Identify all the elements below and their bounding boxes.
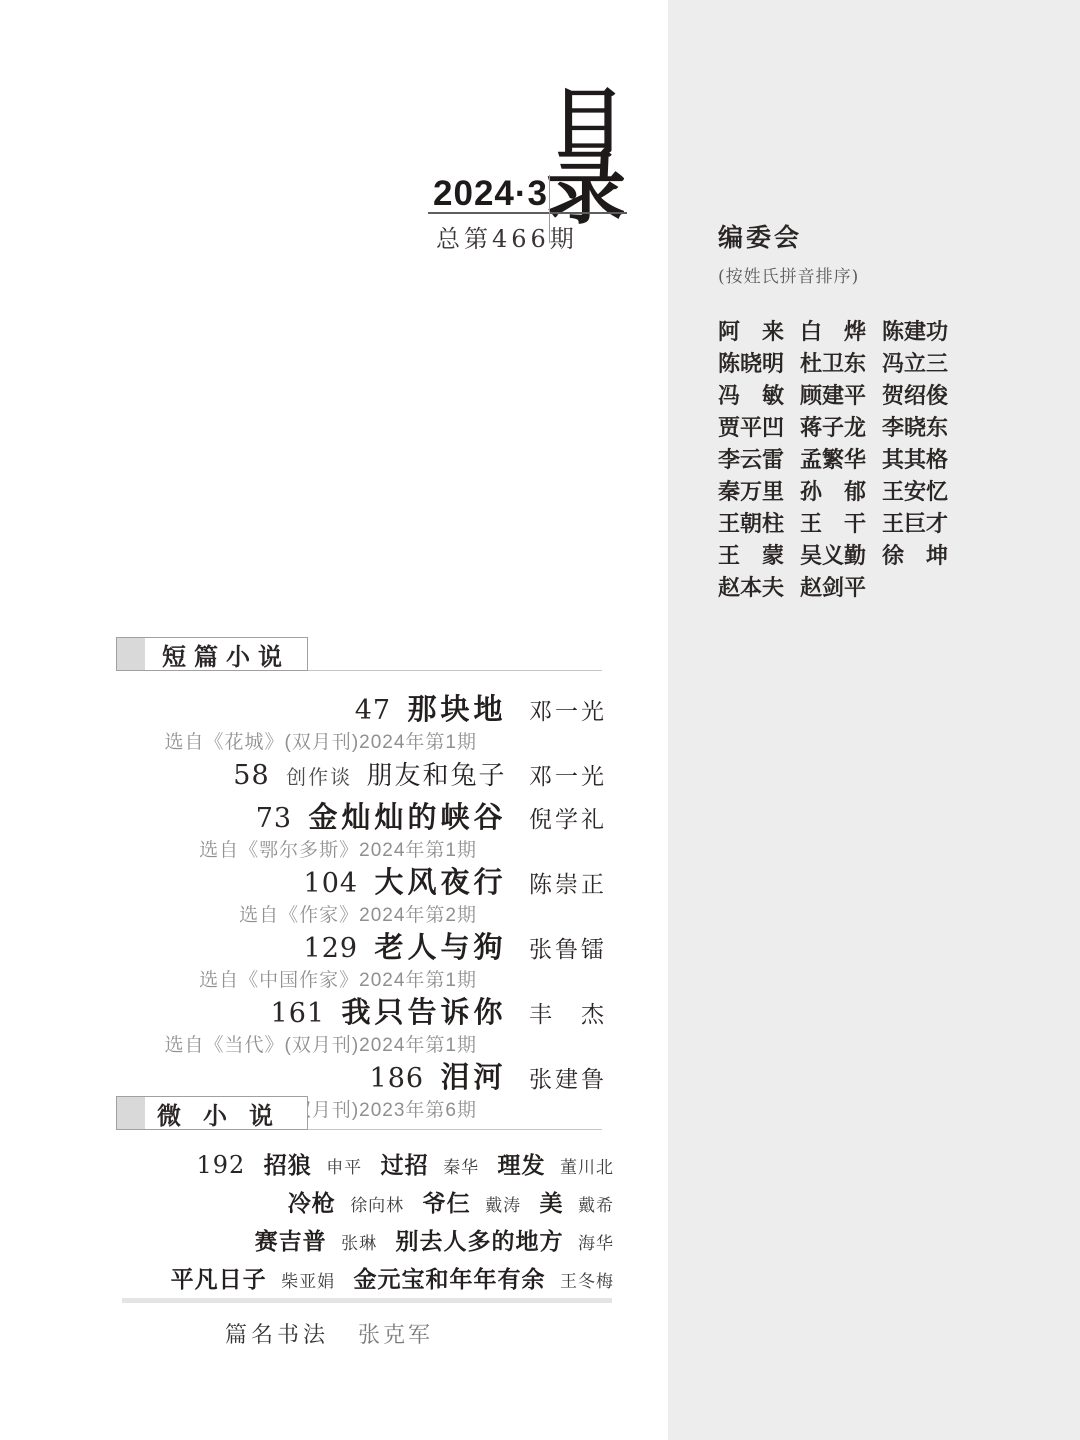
toc-entries: 47 那块地 邓一光 选自《花城》(双月刊)2024年第1期 58 创作谈 朋友… [116,693,607,1122]
entry-page-number: 186 [370,1063,425,1094]
entry-source: 选自《当代》(双月刊)2024年第1期 [116,1035,607,1057]
board-member: 贺绍俊 [882,385,964,407]
entry-author: 王冬梅 [560,1272,614,1292]
entry-author: 徐向林 [350,1196,404,1216]
board-member: 贾平凹 [718,417,800,439]
entry-author: 海华 [578,1234,614,1254]
entry-page-number: 129 [304,933,359,964]
entry-source: 选自《中国作家》2024年第1期 [116,970,607,992]
masthead-title-char-lu: 录 [546,148,626,228]
board-member: 冯 敏 [718,385,800,407]
entry-author: 柴亚娟 [281,1272,335,1292]
entry-title: 朋友和兔子 [367,760,507,790]
issue-total-number: 总第466期 [436,219,578,254]
board-member: 王朝柱 [718,513,800,535]
entry-title: 别去人多的地方 [396,1228,564,1254]
board-member: 阿 来 [718,321,800,343]
board-member: 秦万里 [718,481,800,503]
section-marker-square [117,1097,145,1129]
board-member: 冯立三 [882,353,964,375]
entry-author: 戴希 [578,1196,614,1216]
entry-source: 选自《鄂尔多斯》2024年第1期 [116,840,607,862]
board-member: 王安忆 [882,481,964,503]
calligraphy-credit-author: 张克军 [358,1323,433,1348]
editorial-board: 编委会 (按姓氏拼音排序) 阿 来 白 烨 陈建功 陈晓明 杜卫东 冯立三 冯 … [718,218,964,599]
micro-line: 冷枪 徐向林 爷仨 戴涛 美 戴希 [116,1186,614,1224]
entry-author: 张琳 [341,1234,377,1254]
board-member: 吴义勤 [800,545,882,567]
footer-divider [122,1298,612,1303]
entry-author: 张建鲁 [529,1067,607,1093]
entry-author: 丰 杰 [529,1002,607,1028]
board-member: 王巨才 [882,513,964,535]
entry-page-number: 192 [196,1151,245,1179]
board-member: 李晓东 [882,417,964,439]
entry-genre: 创作谈 [286,767,352,789]
entry-page-number: 47 [355,695,391,726]
board-member: 孙 郁 [800,481,882,503]
section-header: 微小说 [116,1096,308,1130]
entry-title: 大风夜行 [375,867,507,899]
board-member: 白 烨 [800,321,882,343]
entry-page-number: 73 [256,803,292,834]
section-micro-fiction: 微小说 192 招狼 申平 过招 秦华 理发 董川北 冷枪 徐向林 爷仨 戴涛 … [116,1096,614,1300]
section-label: 微小说 [145,1096,307,1131]
board-member: 陈晓明 [718,353,800,375]
footer-credit: 篇名书法 张克军 [225,1318,433,1349]
micro-line: 赛吉普 张琳 别去人多的地方 海华 [116,1224,614,1262]
board-member: 赵剑平 [800,577,882,599]
toc-entry: 58 创作谈 朋友和兔子 邓一光 [116,758,607,797]
entry-author: 邓一光 [529,764,607,790]
section-short-story: 短篇小说 47 那块地 邓一光 选自《花城》(双月刊)2024年第1期 58 创… [116,637,607,1126]
entry-title: 那块地 [408,694,507,726]
entry-title: 老人与狗 [375,932,507,964]
calligraphy-credit-label: 篇名书法 [225,1323,329,1348]
section-header: 短篇小说 [116,637,308,671]
entry-title: 泪河 [441,1062,507,1094]
entry-author: 秦华 [443,1158,479,1178]
entry-title: 爷仨 [423,1190,471,1216]
board-member: 蒋子龙 [800,417,882,439]
entry-title: 平凡日子 [171,1266,267,1292]
entry-title: 金灿灿的峡谷 [309,802,507,834]
board-member: 杜卫东 [800,353,882,375]
toc-entry: 104 大风夜行 陈崇正 选自《作家》2024年第2期 [116,866,607,927]
entry-source: 选自《花城》(双月刊)2024年第1期 [116,732,607,754]
board-member: 王 蒙 [718,545,800,567]
micro-line: 192 招狼 申平 过招 秦华 理发 董川北 [116,1148,614,1186]
entry-author: 陈崇正 [529,872,607,898]
entry-title: 招狼 [264,1152,312,1178]
entry-title: 我只告诉你 [342,997,507,1029]
toc-entry: 47 那块地 邓一光 选自《花城》(双月刊)2024年第1期 [116,693,607,754]
toc-entry: 73 金灿灿的峡谷 倪学礼 选自《鄂尔多斯》2024年第1期 [116,801,607,862]
micro-line: 平凡日子 柴亚娟 金元宝和年年有余 王冬梅 [116,1262,614,1300]
editorial-board-subtitle: (按姓氏拼音排序) [718,262,964,287]
board-member: 陈建功 [882,321,964,343]
toc-page: 编委会 (按姓氏拼音排序) 阿 来 白 烨 陈建功 陈晓明 杜卫东 冯立三 冯 … [0,0,1080,1440]
entry-author: 邓一光 [529,699,607,725]
entry-title: 理发 [498,1152,546,1178]
entry-title: 冷枪 [288,1190,336,1216]
board-member: 孟繁华 [800,449,882,471]
entry-author: 申平 [326,1158,362,1178]
entry-title: 赛吉普 [255,1228,327,1254]
board-member: 赵本夫 [718,577,800,599]
toc-entry: 161 我只告诉你 丰 杰 选自《当代》(双月刊)2024年第1期 [116,996,607,1057]
board-member: 李云雷 [718,449,800,471]
entry-author: 倪学礼 [529,807,607,833]
board-member: 顾建平 [800,385,882,407]
entry-source: 选自《作家》2024年第2期 [116,905,607,927]
entry-title: 美 [540,1190,564,1216]
entry-author: 董川北 [560,1158,614,1178]
entry-page-number: 104 [304,868,359,899]
board-member: 王 干 [800,513,882,535]
section-label: 短篇小说 [145,637,307,672]
issue-number: 2024·3 [408,174,548,214]
editorial-board-panel: 编委会 (按姓氏拼音排序) 阿 来 白 烨 陈建功 陈晓明 杜卫东 冯立三 冯 … [668,0,1080,1440]
board-member: 其其格 [882,449,964,471]
entry-author: 戴涛 [485,1196,521,1216]
entry-page-number: 58 [233,760,269,791]
entry-page-number: 161 [271,998,326,1029]
board-member: 徐 坤 [882,545,964,567]
editorial-board-members: 阿 来 白 烨 陈建功 陈晓明 杜卫东 冯立三 冯 敏 顾建平 贺绍俊 贾平凹 … [718,321,964,599]
editorial-board-title: 编委会 [718,218,964,254]
toc-entry: 129 老人与狗 张鲁镭 选自《中国作家》2024年第1期 [116,931,607,992]
entry-title: 金元宝和年年有余 [354,1266,546,1292]
masthead-horizontal-rule [428,212,627,214]
section-marker-square [117,638,145,670]
entry-title: 过招 [381,1152,429,1178]
micro-entries: 192 招狼 申平 过招 秦华 理发 董川北 冷枪 徐向林 爷仨 戴涛 美 戴希… [116,1148,614,1300]
entry-author: 张鲁镭 [529,937,607,963]
